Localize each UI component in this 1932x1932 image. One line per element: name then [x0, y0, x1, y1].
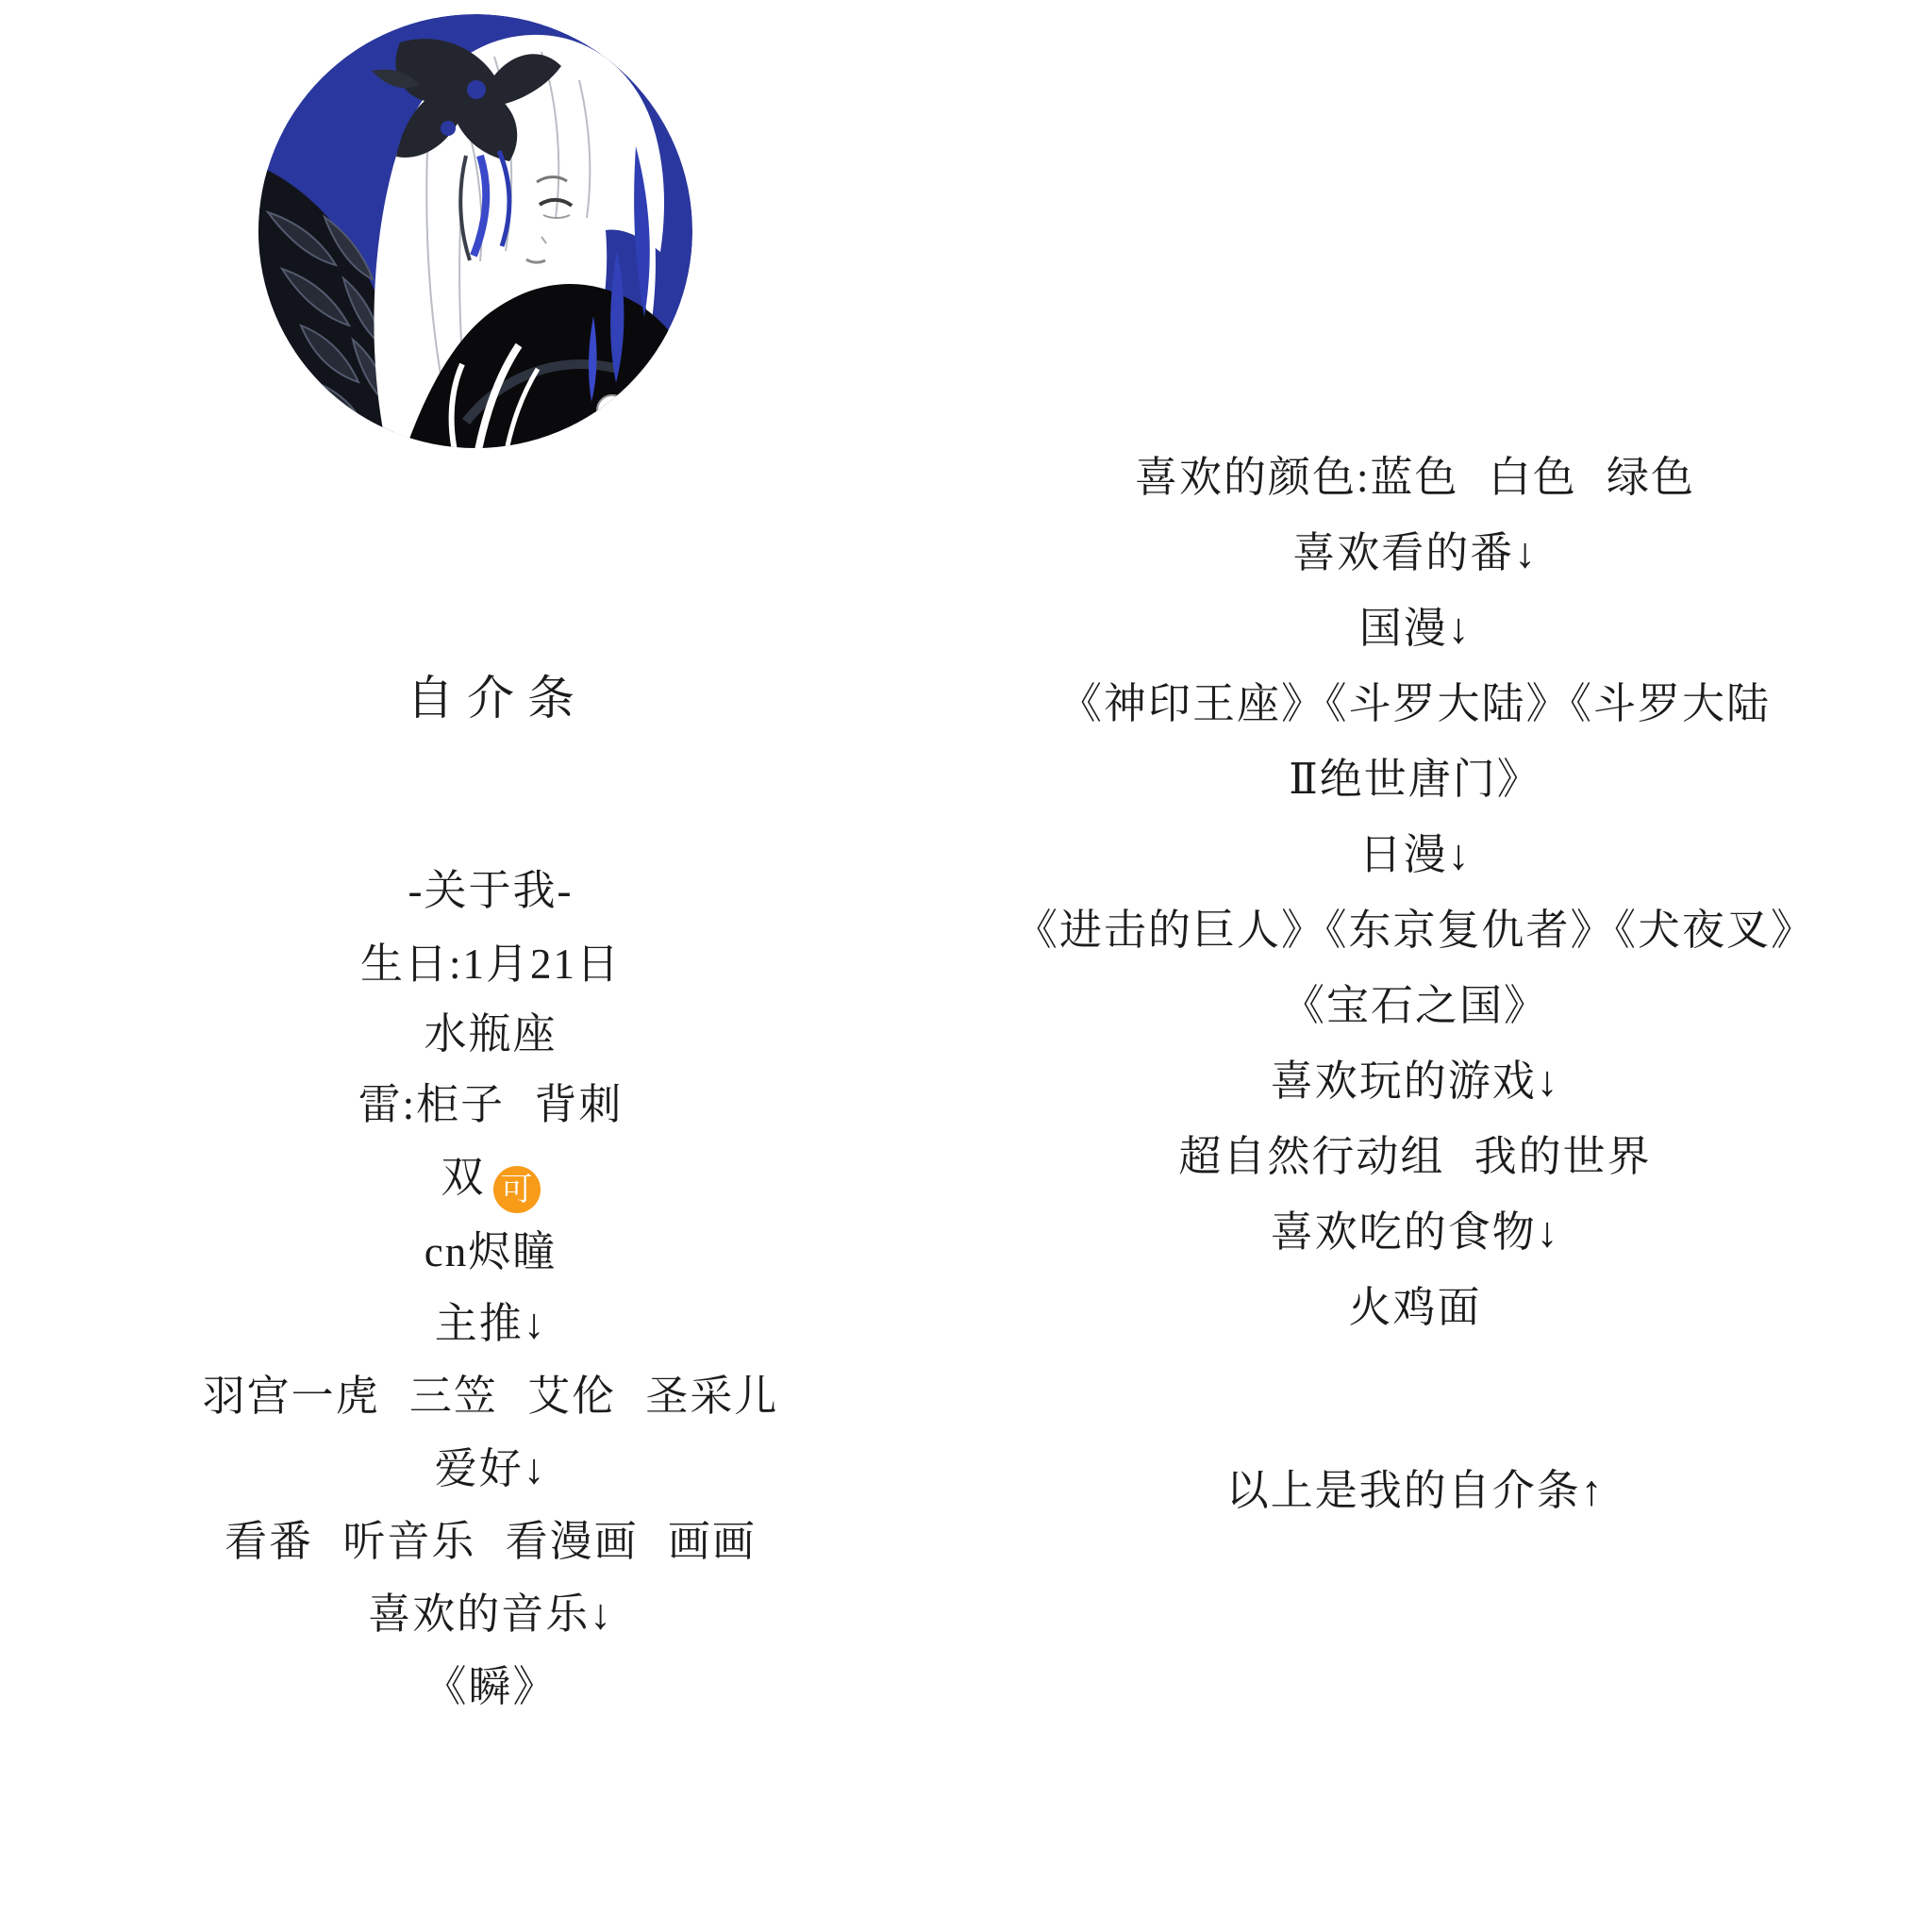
riman-list-line-1: 《进击的巨人》《东京复仇者》《犬夜叉》 [991, 902, 1840, 958]
intro-card: 自介条 -关于我- 生日:1月21日 水瓶座 雷:柜子 背刺 双可 cn烬瞳 主… [0, 0, 1932, 1932]
guoman-list-line-1: 《神印王座》《斗罗大陆》《斗罗大陆 [991, 675, 1840, 732]
left-column: 自介条 -关于我- 生日:1月21日 水瓶座 雷:柜子 背刺 双可 cn烬瞳 主… [156, 0, 825, 1932]
hobbies-header: 爱好↓ [156, 1441, 825, 1497]
favorite-food-item: 火鸡面 [991, 1279, 1840, 1336]
closing-line: 以上是我的自介条↑ [991, 1462, 1840, 1519]
guoman-list-line-2: Ⅱ绝世唐门》 [991, 751, 1840, 808]
favorite-games-header: 喜欢玩的游戏↓ [991, 1053, 1840, 1109]
gender-cp-line: 双可 [156, 1149, 825, 1213]
about-me-header: -关于我- [156, 862, 825, 919]
dislikes-line: 雷:柜子 背刺 [156, 1076, 825, 1133]
page-title: 自介条 [156, 663, 825, 733]
accept-emoji-char: 可 [501, 1172, 533, 1207]
accept-emoji-icon: 可 [493, 1166, 541, 1213]
zodiac-line: 水瓶座 [156, 1006, 825, 1062]
gender-cp-text: 双 [441, 1154, 485, 1201]
favorite-colors-line: 喜欢的颜色:蓝色 白色 绿色 [991, 449, 1840, 506]
hobbies-list: 看番 听音乐 看漫画 画画 [156, 1513, 825, 1570]
right-column: 喜欢的颜色:蓝色 白色 绿色 喜欢看的番↓ 国漫↓ 《神印王座》《斗罗大陆》《斗… [991, 0, 1840, 1932]
main-push-header: 主推↓ [156, 1295, 825, 1352]
favorite-games-list: 超自然行动组 我的世界 [991, 1128, 1840, 1185]
favorite-music-item: 《瞬》 [156, 1658, 825, 1715]
favorite-food-header: 喜欢吃的食物↓ [991, 1204, 1840, 1260]
riman-list-line-2: 《宝石之国》 [991, 977, 1840, 1034]
birthday-line: 生日:1月21日 [156, 936, 825, 992]
cn-name-line: cn烬瞳 [156, 1224, 825, 1280]
favorite-music-header: 喜欢的音乐↓ [156, 1586, 825, 1642]
main-push-list: 羽宫一虎 三笠 艾伦 圣采儿 [156, 1368, 825, 1424]
favorite-anime-header: 喜欢看的番↓ [991, 525, 1840, 581]
riman-header: 日漫↓ [991, 826, 1840, 883]
guoman-header: 国漫↓ [991, 600, 1840, 657]
